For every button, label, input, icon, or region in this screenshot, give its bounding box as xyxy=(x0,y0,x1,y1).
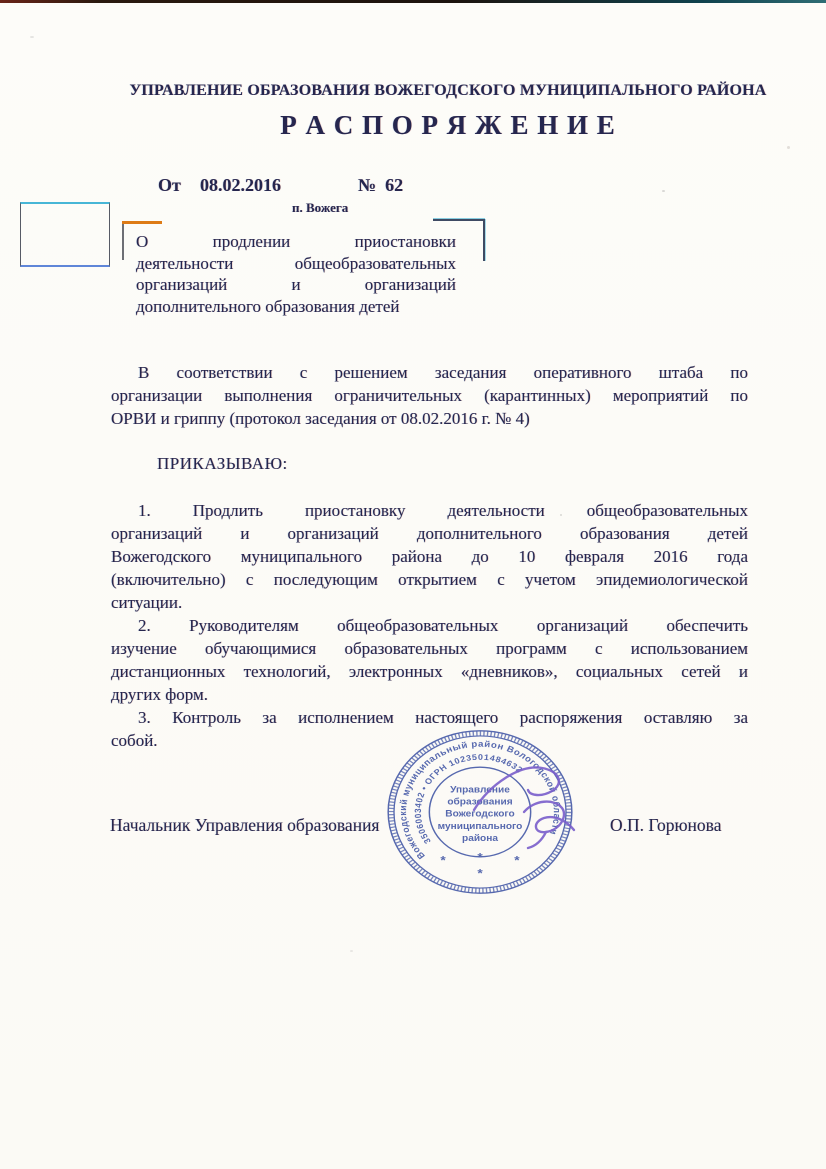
empty-reference-box xyxy=(20,202,110,267)
date-number-row: От 08.02.2016 № 62 xyxy=(0,175,826,197)
text-line: О продлении приостановки xyxy=(136,231,456,253)
scanned-document-page: УПРАВЛЕНИЕ ОБРАЗОВАНИЯ ВОЖЕГОДСКОГО МУНИ… xyxy=(0,0,826,1169)
subject-bracket-left-horizontal xyxy=(122,221,162,224)
subject-bracket-right-horizontal xyxy=(433,219,485,221)
ordered-items: 1. Продлить приостановку деятельности об… xyxy=(111,499,748,752)
text-line: дополнительного образования детей xyxy=(136,296,456,318)
order-word: ПРИКАЗЫВАЮ: xyxy=(111,452,748,475)
date-label: От xyxy=(158,175,181,196)
scan-speck xyxy=(560,514,562,516)
document-body: В соответствии с решением заседания опер… xyxy=(111,361,748,752)
number-label: № xyxy=(358,175,376,195)
stamp-star-1: * xyxy=(440,853,446,867)
scan-speck xyxy=(350,950,353,952)
text-line: организации выполнения ограничительных (… xyxy=(111,384,748,407)
text-line: организаций и организаций дополнительног… xyxy=(111,522,748,545)
signature-stroke xyxy=(468,758,580,856)
text-line: (включительно) с последующим открытием с… xyxy=(111,568,748,591)
date-value: 08.02.2016 xyxy=(200,175,281,196)
scan-speck xyxy=(662,190,665,192)
text-line: 2. Руководителям общеобразовательных орг… xyxy=(111,614,748,637)
text-line: изучение обучающимися образовательных пр… xyxy=(111,637,748,660)
intro-paragraph: В соответствии с решением заседания опер… xyxy=(111,361,748,430)
order-item-1: 1. Продлить приостановку деятельности об… xyxy=(111,499,748,614)
text-line: ОРВИ и гриппу (протокол заседания от 08.… xyxy=(111,407,748,430)
text-line: организаций и организаций xyxy=(136,274,456,296)
stamp-star-4: * xyxy=(477,866,483,880)
place-name: п. Вожега xyxy=(292,200,348,216)
text-line: 3. Контроль за исполнением настоящего ра… xyxy=(111,706,748,729)
signatory-position: Начальник Управления образования xyxy=(110,815,379,836)
subject-block: О продлении приостановкидеятельности общ… xyxy=(136,231,456,317)
scan-speck xyxy=(30,36,34,38)
number-value: 62 xyxy=(385,175,403,195)
text-line: других форм. xyxy=(111,683,748,706)
order-item-2: 2. Руководителям общеобразовательных орг… xyxy=(111,614,748,706)
subject-bracket-right-vertical xyxy=(483,219,485,261)
text-line: дистанционных технологий, электронных «д… xyxy=(111,660,748,683)
document-number: № 62 xyxy=(358,175,403,196)
text-line: Вожегодского муниципального района до 10… xyxy=(111,545,748,568)
text-line: ситуации. xyxy=(111,591,748,614)
document-type-title: Р А С П О Р Я Ж Е Н И Е xyxy=(100,110,796,141)
organization-name: УПРАВЛЕНИЕ ОБРАЗОВАНИЯ ВОЖЕГОДСКОГО МУНИ… xyxy=(100,82,796,100)
handwritten-signature xyxy=(468,758,580,856)
text-line: В соответствии с решением заседания опер… xyxy=(111,361,748,384)
scanner-edge-artifact xyxy=(0,0,826,3)
subject-bracket-left-vertical xyxy=(122,224,124,260)
text-line: 1. Продлить приостановку деятельности об… xyxy=(111,499,748,522)
scan-speck xyxy=(787,146,790,149)
signatory-name: О.П. Горюнова xyxy=(610,815,721,836)
text-line: деятельности общеобразовательных xyxy=(136,253,456,275)
